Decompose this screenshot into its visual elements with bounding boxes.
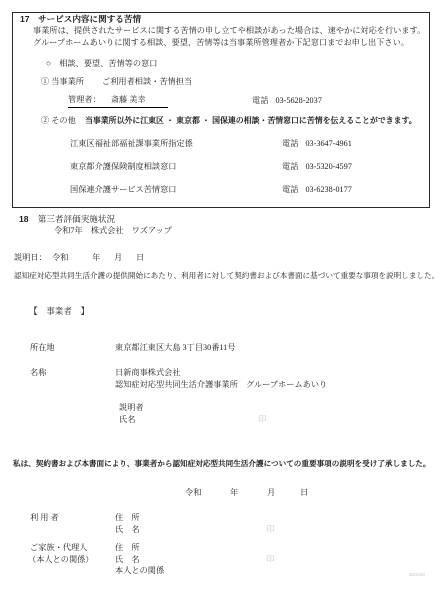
contact-phone-number-kokuhoren: 03-6238-0177: [305, 185, 351, 194]
juyo-jiko-setsumeisho-page: { "document": { "section17": { "number":…: [0, 0, 443, 600]
footer-document-code: 20231201: [409, 572, 425, 577]
consent-month-label: 月: [267, 488, 275, 498]
provider-heading: 【 事業者 】: [29, 306, 89, 317]
consent-day-label: 日: [300, 488, 308, 498]
section18-number: 18: [19, 214, 29, 224]
section18-detail: 令和7年 株式会社 ワズアップ: [54, 226, 172, 236]
consent-statement: 私は、契約書および本書面により、事業者から認知症対応型共同生活介護についての重要…: [13, 459, 431, 468]
manager-line: 管理者： 斎藤 美幸: [68, 95, 168, 108]
item2-marker-label: ② その他: [41, 116, 76, 126]
provider-name-label: 名称: [30, 368, 46, 378]
contact-phone-tokyo: 電話 03-5320-4597: [282, 162, 352, 172]
contact-row-kokuhoren: 国保連介護サービス苦情窓口: [70, 185, 176, 195]
explainer-name-label: 氏名: [119, 415, 135, 425]
item1-line: ① 当事業所 ご利用者相談・苦情担当: [41, 77, 192, 87]
family-address-label: 住 所: [115, 543, 140, 553]
contact-phone-label-tokyo: 電話: [282, 162, 298, 171]
provider-office: 認知症対応型共同生活介護事業所 グループホームあいり: [115, 380, 327, 390]
explainer-seal-mark: 印: [258, 414, 267, 425]
manager-phone-label: 電話: [252, 96, 268, 105]
section17-paragraph-2: グループホームあいりに関する相談、要望、苦情等は当事業所管理者か下記窓口までお申…: [33, 38, 409, 48]
contact-phone-label-koto: 電話: [282, 139, 298, 148]
provider-address: 東京都江東区大島 3丁目30番11号: [115, 343, 235, 353]
explanation-date-label: 説明日：: [14, 253, 47, 263]
manager-label: 管理者：: [68, 95, 101, 104]
family-relation-label: 本人との関係: [115, 566, 164, 576]
item2-note: 当事業所以外に江東区 ・ 東京都 ・ 国保連の相談・苦情窓口に苦情を伝えることが…: [85, 116, 417, 126]
user-address-label: 住 所: [115, 513, 140, 523]
manager-name: 斎藤 美幸: [111, 95, 146, 104]
manager-signature-line: 管理者： 斎藤 美幸: [68, 95, 168, 108]
explanation-era: 令和: [52, 253, 68, 263]
contact-row-tokyo: 東京都介護保険制度相談窓口: [70, 162, 176, 172]
section18-heading: 18 第三者評価実施状況: [19, 214, 115, 225]
provider-address-label: 所在地: [30, 343, 55, 353]
section17-paragraph-1: 事業所は、提供されたサービスに関する苦情の申し立てや相談があった場合は、速やかに…: [33, 26, 425, 36]
family-relation-paren-label: （本人との関係）: [28, 555, 94, 565]
explanation-month-label: 月: [114, 253, 122, 263]
user-seal-mark: 印: [266, 524, 275, 535]
contact-phone-koto: 電話 03-3647-4961: [282, 139, 352, 149]
family-name-label: 氏 名: [115, 555, 140, 565]
section17-number: 17: [20, 14, 30, 24]
manager-phone: 電話 03-5628-2037: [252, 96, 322, 106]
manager-phone-number: 03-5628-2037: [275, 96, 321, 105]
item1-sublabel: ご利用者相談・苦情担当: [102, 77, 192, 86]
explainer-label: 説明者: [119, 403, 144, 413]
contact-row-koto: 江東区福祉部福祉課事業所指定係: [70, 139, 193, 149]
provider-company: 日新商事株式会社: [115, 368, 181, 378]
consent-era: 令和: [185, 488, 201, 498]
item1-marker-label: ① 当事業所: [41, 77, 84, 86]
explanation-day-label: 日: [136, 253, 144, 263]
complaint-window-heading: ○ 相談、要望、苦情等の窓口: [46, 59, 157, 69]
user-label: 利 用 者: [30, 513, 59, 523]
family-label: ご家族・代理人: [30, 543, 87, 553]
section18-title: 第三者評価実施状況: [38, 214, 115, 224]
contact-phone-number-tokyo: 03-5320-4597: [305, 162, 351, 171]
user-name-label: 氏 名: [115, 525, 140, 535]
contact-phone-kokuhoren: 電話 03-6238-0177: [282, 185, 352, 195]
section17-title: サービス内容に関する苦情: [38, 14, 141, 24]
contact-phone-number-koto: 03-3647-4961: [305, 139, 351, 148]
contact-phone-label-kokuhoren: 電話: [282, 185, 298, 194]
family-seal-mark: 印: [266, 554, 275, 565]
consent-year-label: 年: [230, 488, 238, 498]
explanation-year-label: 年: [92, 253, 100, 263]
explanation-statement: 認知症対応型共同生活介護の提供開始にあたり、利用者に対して契約書および本書面に基…: [14, 271, 439, 280]
section17-heading: 17 サービス内容に関する苦情: [20, 14, 141, 25]
